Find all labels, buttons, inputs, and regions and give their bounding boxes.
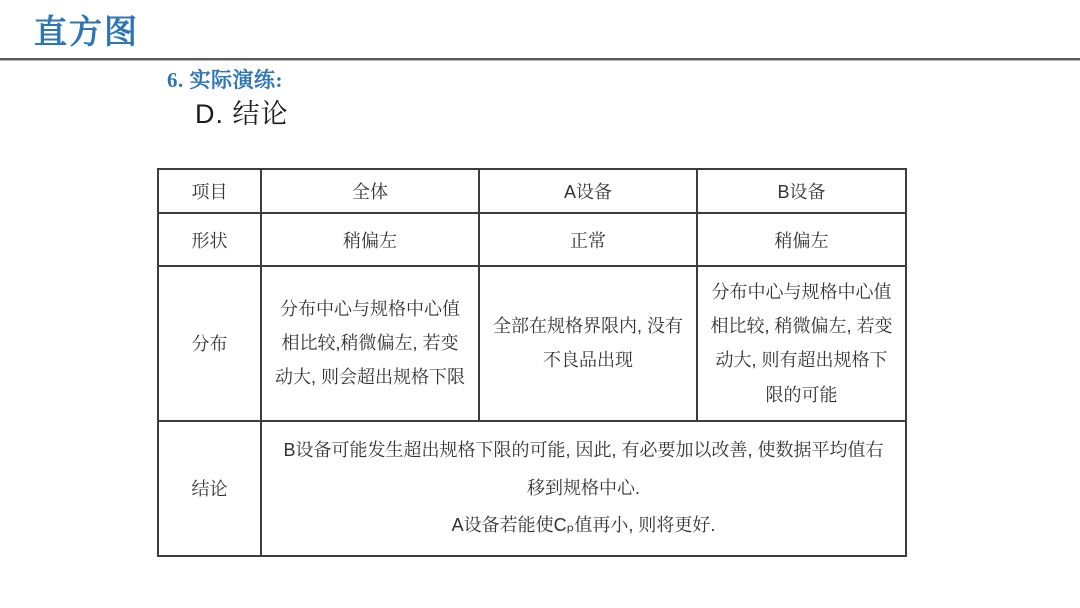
page-title: 直方图: [34, 12, 139, 52]
conclusion-table: 项目 全体 A设备 B设备 形状 稍偏左 正常 稍偏左 分布 分布中心与规格中心…: [157, 168, 907, 557]
column-header-item: 项目: [158, 169, 261, 213]
slide: 直方图 6. 实际演练: D. 结论 项目 全体 A设备 B设备 形状 稍偏左 …: [0, 0, 1080, 608]
shape-device-b-cell: 稍偏左: [697, 213, 906, 266]
column-header-device-a: A设备: [479, 169, 697, 213]
row-label-conclusion: 结论: [158, 421, 261, 556]
table-row-distribution: 分布 分布中心与规格中心值相比较,稍微偏左, 若变动大, 则会超出规格下限 全部…: [158, 266, 906, 421]
conclusion-heading: D. 结论: [195, 92, 289, 131]
column-header-overall: 全体: [261, 169, 479, 213]
distribution-overall-cell: 分布中心与规格中心值相比较,稍微偏左, 若变动大, 则会超出规格下限: [261, 266, 479, 421]
conclusion-text-cell: B设备可能发生超出规格下限的可能, 因此, 有必要加以改善, 使数据平均值右移到…: [261, 421, 906, 556]
table-header-row: 项目 全体 A设备 B设备: [158, 169, 906, 213]
shape-device-a-cell: 正常: [479, 213, 697, 266]
table-row-conclusion: 结论 B设备可能发生超出规格下限的可能, 因此, 有必要加以改善, 使数据平均值…: [158, 421, 906, 556]
section-heading: 6. 实际演练:: [167, 64, 283, 94]
distribution-device-b-cell: 分布中心与规格中心值相比较, 稍微偏左, 若变动大, 则有超出规格下限的可能: [697, 266, 906, 421]
row-label-distribution: 分布: [158, 266, 261, 421]
header-divider: [0, 58, 1080, 61]
column-header-device-b: B设备: [697, 169, 906, 213]
row-label-shape: 形状: [158, 213, 261, 266]
shape-overall-cell: 稍偏左: [261, 213, 479, 266]
table-row-shape: 形状 稍偏左 正常 稍偏左: [158, 213, 906, 266]
distribution-device-a-cell: 全部在规格界限内, 没有不良品出现: [479, 266, 697, 421]
